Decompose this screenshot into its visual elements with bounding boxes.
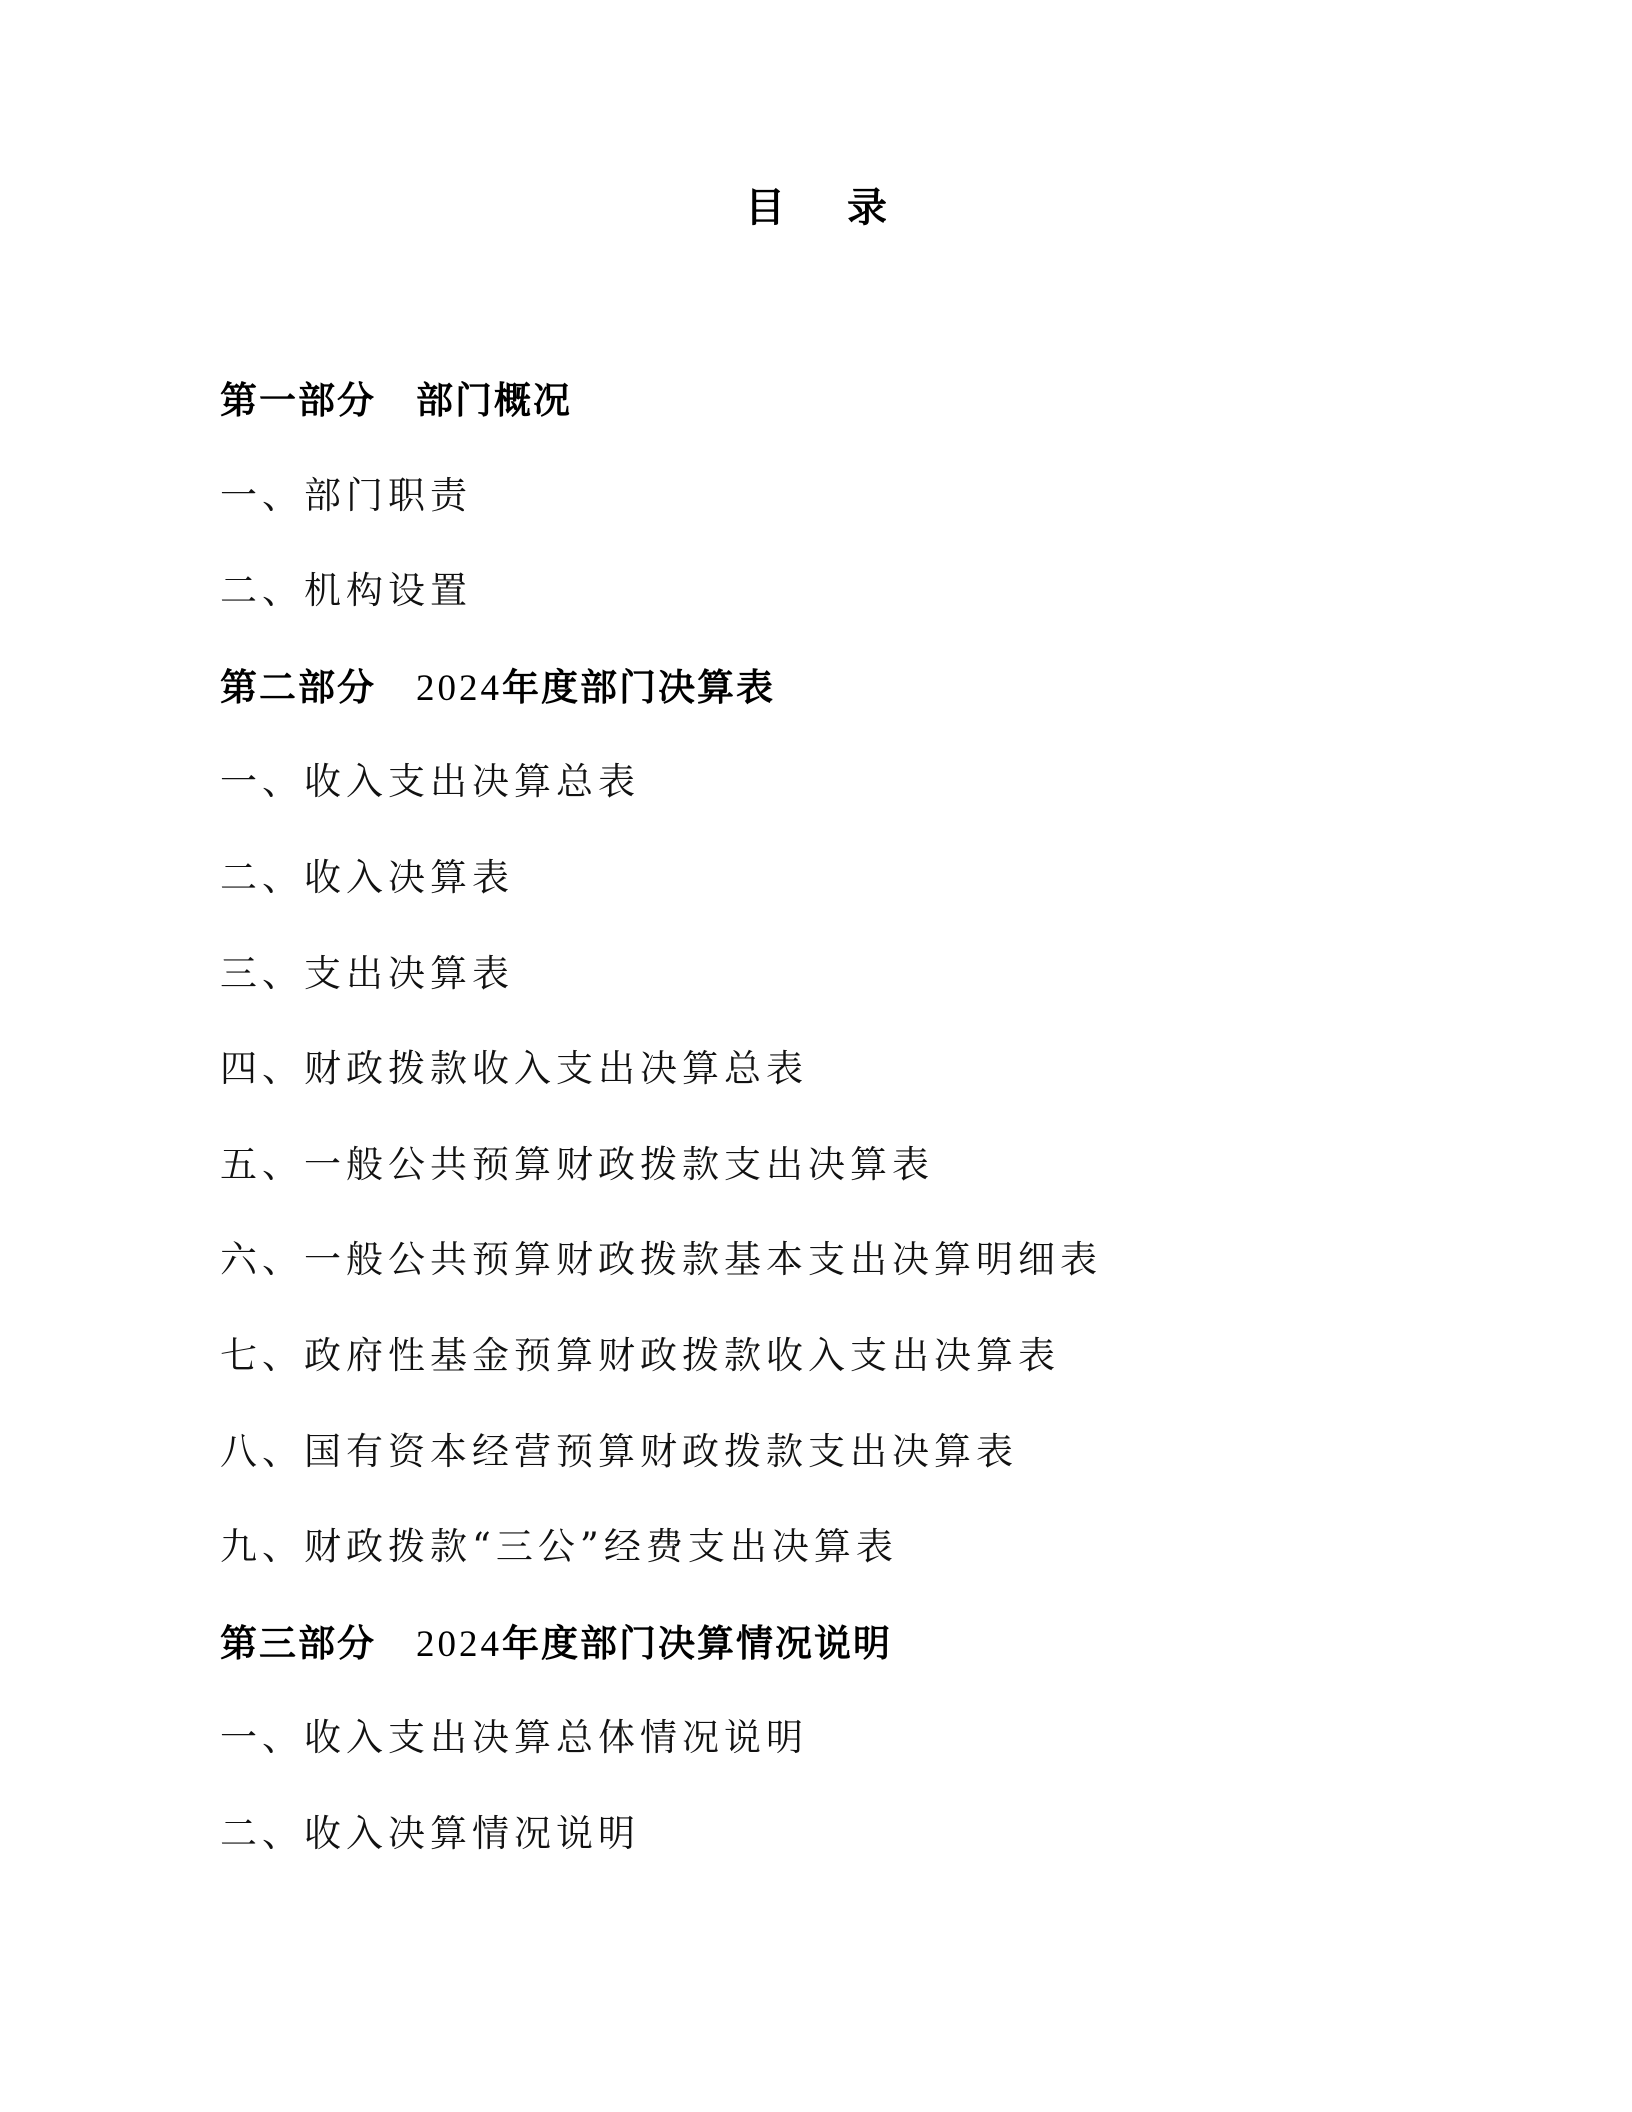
toc-item-label: 三、支出决算表 [220, 952, 514, 995]
toc-title-char-2: 录 [847, 184, 887, 231]
toc-title-char-1: 目 [745, 184, 785, 231]
toc-item-label: 一、收入支出决算总表 [220, 760, 640, 803]
toc-section-part-1[interactable]: 第一部分部门概况 [220, 372, 1420, 468]
section-title: 年度部门决算表 [502, 665, 775, 709]
toc-item-state-capital-budget[interactable]: 八、国有资本经营预算财政拨款支出决算表 [220, 1424, 1420, 1520]
toc-item-label: 七、政府性基金预算财政拨款收入支出决算表 [220, 1334, 1060, 1377]
toc-item-label: 五、一般公共预算财政拨款支出决算表 [220, 1143, 934, 1186]
toc-item-general-budget-expenditure[interactable]: 五、一般公共预算财政拨款支出决算表 [220, 1137, 1420, 1233]
toc-item-label: 六、一般公共预算财政拨款基本支出决算明细表 [220, 1238, 1102, 1281]
toc-item-expenditure-statement[interactable]: 三、支出决算表 [220, 946, 1420, 1042]
toc-item-income-statement[interactable]: 二、收入决算表 [220, 850, 1420, 946]
toc-item-label: 一、部门职责 [220, 474, 472, 517]
toc-item-general-budget-basic-expenditure-detail[interactable]: 六、一般公共预算财政拨款基本支出决算明细表 [220, 1232, 1420, 1328]
section-prefix: 第二部分 [220, 665, 376, 709]
toc-item-label: 二、收入决算表 [220, 856, 514, 899]
toc-item-label: 二、机构设置 [220, 569, 472, 612]
toc-item-income-explanation[interactable]: 二、收入决算情况说明 [220, 1806, 1420, 1902]
section-title: 年度部门决算情况说明 [502, 1621, 892, 1665]
toc-item-organization-setup[interactable]: 二、机构设置 [220, 563, 1420, 659]
toc-item-fiscal-appropriation-summary[interactable]: 四、财政拨款收入支出决算总表 [220, 1041, 1420, 1137]
toc-item-label: 四、财政拨款收入支出决算总表 [220, 1047, 808, 1090]
toc-item-label: 二、收入决算情况说明 [220, 1812, 640, 1855]
toc-item-label: 一、收入支出决算总体情况说明 [220, 1716, 808, 1759]
toc-item-department-duties[interactable]: 一、部门职责 [220, 468, 1420, 564]
toc-item-three-public-expenses[interactable]: 九、财政拨款“三公”经费支出决算表 [220, 1519, 1420, 1615]
toc-item-government-fund-budget[interactable]: 七、政府性基金预算财政拨款收入支出决算表 [220, 1328, 1420, 1424]
section-title: 部门概况 [416, 378, 572, 422]
document-page: 目录 第一部分部门概况 一、部门职责 二、机构设置 第二部分2024年度部门决算… [0, 0, 1632, 2112]
toc-item-overall-explanation[interactable]: 一、收入支出决算总体情况说明 [220, 1710, 1420, 1806]
section-prefix: 第三部分 [220, 1621, 376, 1665]
section-year: 2024 [416, 1624, 502, 1665]
section-year: 2024 [416, 668, 502, 709]
toc-title: 目录 [0, 182, 1632, 234]
toc-item-income-expenditure-summary[interactable]: 一、收入支出决算总表 [220, 754, 1420, 850]
section-prefix: 第一部分 [220, 378, 376, 422]
toc-item-label: 九、财政拨款“三公”经费支出决算表 [220, 1525, 898, 1568]
table-of-contents: 第一部分部门概况 一、部门职责 二、机构设置 第二部分2024年度部门决算表 一… [220, 372, 1420, 1902]
toc-section-part-3[interactable]: 第三部分2024年度部门决算情况说明 [220, 1615, 1420, 1711]
toc-item-label: 八、国有资本经营预算财政拨款支出决算表 [220, 1430, 1018, 1473]
toc-section-part-2[interactable]: 第二部分2024年度部门决算表 [220, 659, 1420, 755]
